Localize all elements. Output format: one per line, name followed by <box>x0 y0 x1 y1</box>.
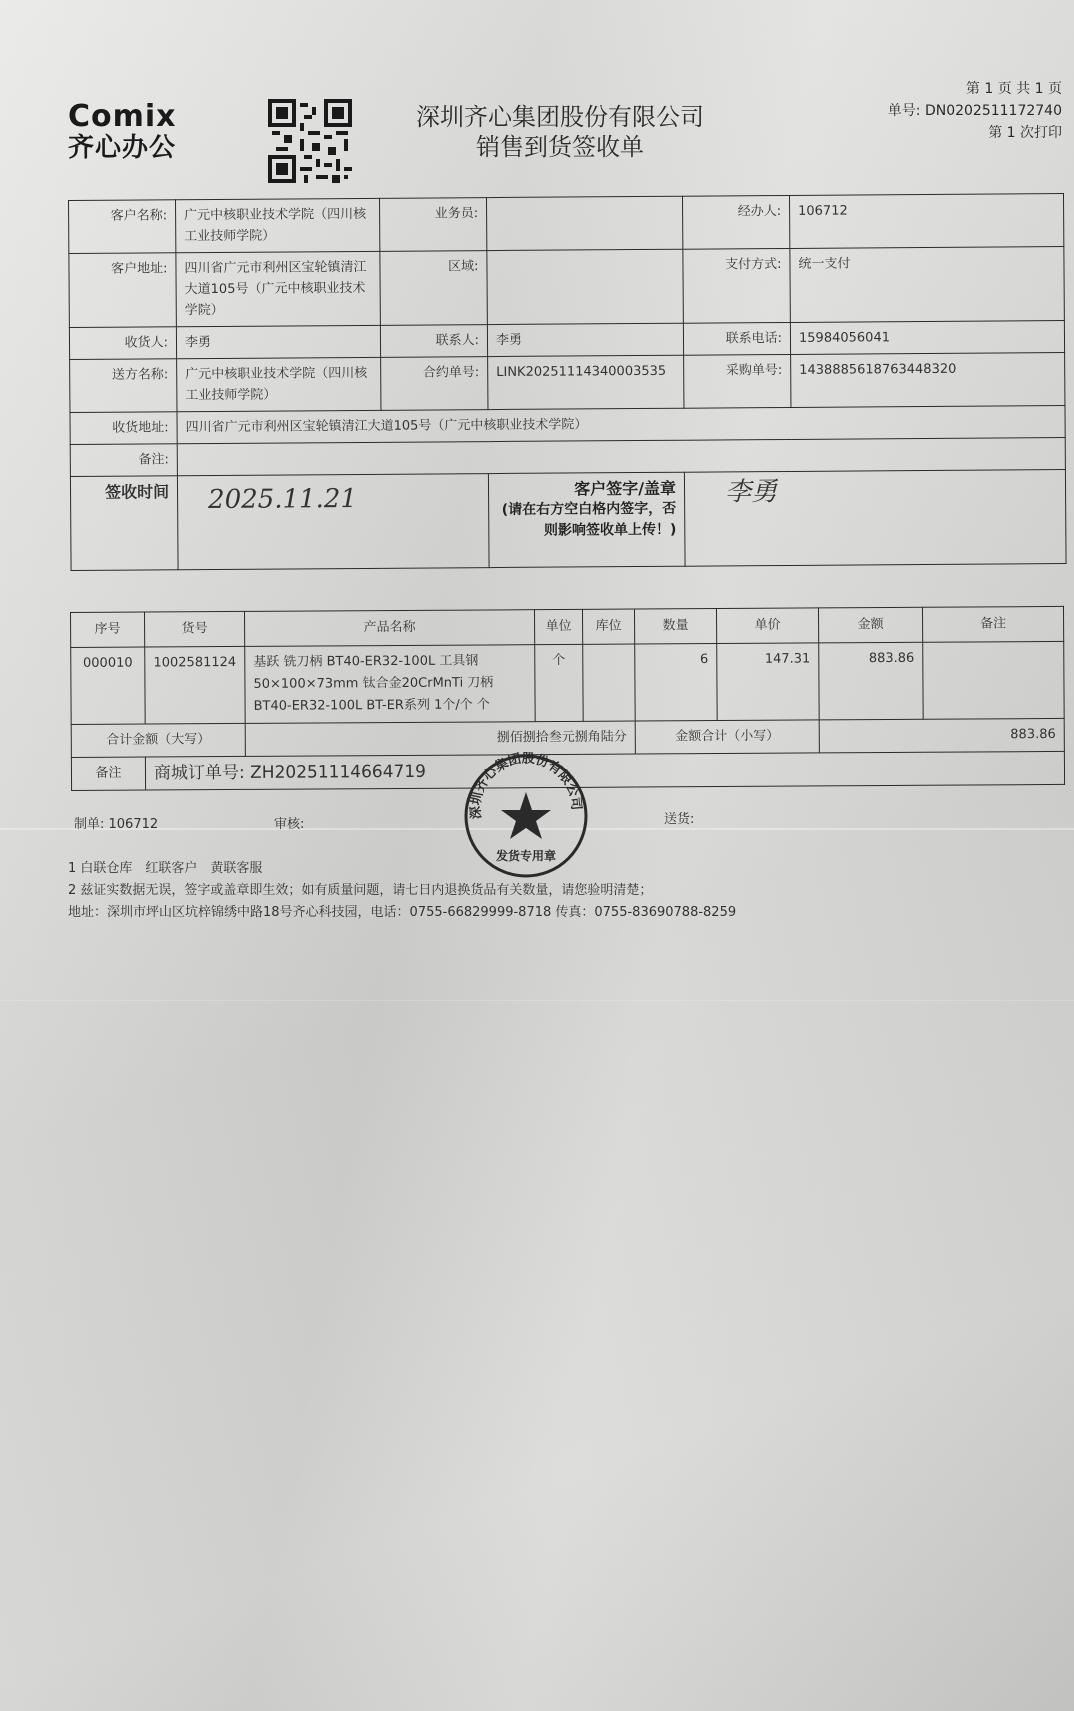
contract-no-value: LINK20251114340003535 <box>488 355 684 409</box>
item-name: 基跃 铣刀柄 BT40-ER32-100L 工具钢 50×100×73mm 钛合… <box>245 645 535 724</box>
customer-info-table: 客户名称: 广元中核职业技术学院（四川核工业技师学院） 业务员: 经办人: 10… <box>68 193 1067 571</box>
item-unit: 个 <box>535 644 583 721</box>
doc-type: 销售到货签收单 <box>400 132 720 162</box>
purchase-no-label: 采购单号: <box>684 354 791 408</box>
contract-no-label: 合约单号: <box>381 357 488 411</box>
fold-crease <box>0 1000 1074 1001</box>
customer-name-value: 广元中核职业技术学院（四川核工业技师学院） <box>176 198 380 252</box>
sign-time-label: 签收时间 <box>70 476 178 571</box>
customer-address-value: 四川省广元市利州区宝轮镇清江大道105号（广元中核职业技术学院） <box>176 251 381 326</box>
logo-cn: 齐心办公 <box>68 132 177 164</box>
col-location: 库位 <box>582 609 634 644</box>
ship-to-value: 广元中核职业技术学院（四川核工业技师学院） <box>177 357 381 411</box>
payment-label: 支付方式: <box>683 248 791 323</box>
payment-value: 统一支付 <box>790 247 1065 323</box>
region-value <box>487 249 684 324</box>
maker: 制单: 106712 <box>74 813 158 832</box>
item-qty: 6 <box>635 644 717 721</box>
doc-number: 单号: DN0202511172740 <box>888 100 1062 122</box>
document-title: 深圳齐心集团股份有限公司 销售到货签收单 <box>400 102 720 162</box>
items-remark-label: 备注 <box>71 757 145 790</box>
phone-label: 联系电话: <box>683 322 790 355</box>
handler-value: 106712 <box>789 194 1063 249</box>
col-unit: 单位 <box>534 609 582 644</box>
total-lower-value: 883.86 <box>819 718 1064 752</box>
mall-order-number: 商城订单号: ZH20251114664719 <box>145 751 1064 790</box>
col-amount: 金额 <box>818 607 922 643</box>
total-lower-label: 金额合计（小写） <box>635 720 819 754</box>
region-label: 区域: <box>380 251 488 326</box>
item-remark <box>923 641 1064 719</box>
item-sku: 1002581124 <box>145 646 245 724</box>
col-product-name: 产品名称 <box>244 610 534 647</box>
salesperson-value <box>486 196 682 250</box>
doc-number-label: 单号: <box>888 103 921 119</box>
handler-label: 经办人: <box>682 195 789 249</box>
validity-note: 2 兹证实数据无误，签字或盖章即生效；如有质量问题，请七日内退换货品有关数量，请… <box>68 880 736 902</box>
company-name: 深圳齐心集团股份有限公司 <box>400 102 720 132</box>
customer-address-label: 客户地址: <box>69 253 177 328</box>
contact-value: 李勇 <box>487 323 683 356</box>
qr-code-icon <box>268 98 352 184</box>
page-count: 第 1 页 共 1 页 <box>888 78 1062 100</box>
remark-label: 备注: <box>70 444 177 477</box>
footer-notes: 1 白联仓库 红联客户 黄联客服 2 兹证实数据无误，签字或盖章即生效；如有质量… <box>68 858 736 924</box>
col-price: 单价 <box>716 608 818 644</box>
copy-note: 1 白联仓库 红联客户 黄联客服 <box>68 858 736 880</box>
col-qty: 数量 <box>634 609 716 645</box>
receiver-label: 收货人: <box>69 327 176 360</box>
col-sku: 货号 <box>145 611 245 647</box>
table-row: 000010 1002581124 基跃 铣刀柄 BT40-ER32-100L … <box>71 641 1064 724</box>
total-upper-label: 合计金额（大写） <box>71 723 245 757</box>
delivery-address-label: 收货地址: <box>70 412 177 445</box>
signature-instructions: 客户签字/盖章 (请在右方空白格内签字，否则影响签收单上传！) <box>488 472 685 567</box>
review: 审核: <box>274 813 304 832</box>
company-address: 地址：深圳市坪山区坑梓锦绣中路18号齐心科技园，电话：0755-66829999… <box>68 902 736 924</box>
items-header-row: 序号 货号 产品名称 单位 库位 数量 单价 金额 备注 <box>71 606 1064 647</box>
item-seq: 000010 <box>71 647 145 724</box>
col-remark: 备注 <box>922 606 1063 642</box>
sign-time-handwritten: 2025.11.21 <box>177 474 489 570</box>
item-location <box>583 644 635 721</box>
print-count: 第 1 次打印 <box>888 122 1062 144</box>
logo-en: Comix <box>68 102 177 132</box>
signature-heading: 客户签字/盖章 <box>497 478 676 500</box>
item-price: 147.31 <box>717 643 819 721</box>
customer-name-label: 客户名称: <box>69 200 176 254</box>
receiver-value: 李勇 <box>176 325 380 358</box>
signature-hint: (请在右方空白格内签字，否则影响签收单上传！) <box>497 499 676 542</box>
col-seq: 序号 <box>71 612 145 647</box>
contact-label: 联系人: <box>380 325 487 358</box>
ship-to-label: 送方名称: <box>70 359 177 413</box>
seal-subtext: 发货专用章 <box>495 848 556 863</box>
salesperson-label: 业务员: <box>379 198 486 252</box>
phone-value: 15984056041 <box>790 321 1064 355</box>
comix-logo: Comix 齐心办公 <box>68 102 177 164</box>
signature-box[interactable]: 李勇 <box>684 470 1066 567</box>
company-seal-icon: 深圳齐心集团股份有限公司 发货专用章 <box>462 752 590 880</box>
delivery: 送货: <box>664 808 694 827</box>
purchase-no-value: 1438885618763448320 <box>791 353 1065 408</box>
doc-number-value: DN0202511172740 <box>925 103 1062 119</box>
item-amount: 883.86 <box>819 642 923 720</box>
page-info: 第 1 页 共 1 页 单号: DN0202511172740 第 1 次打印 <box>888 78 1062 144</box>
